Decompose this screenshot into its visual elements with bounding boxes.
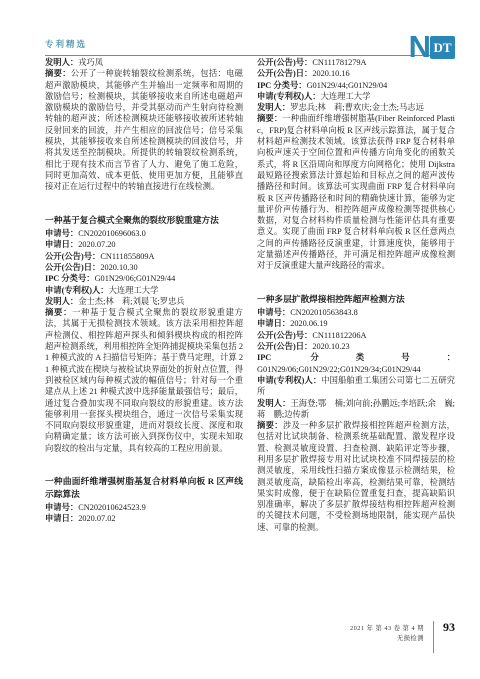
- pub-date-value: 2020.10.30: [100, 263, 137, 272]
- ndt-logo-dt-badge: DT: [430, 36, 455, 59]
- inventor-field: 发明人：罗忠兵;林 莉;曹欢庆;金士杰;马志远: [257, 102, 455, 113]
- abstract-paragraph: 摘要：一种基于复合模式全聚焦的裂纹形貌重建方法，其属于无损检测技术领域。该方法采…: [45, 307, 243, 454]
- abstract-label: 摘要：: [45, 308, 72, 317]
- abstract-text: 涉及一种多层扩散焊接相控阵超声检测方法，包括对比试块制备、检测系统基础配置、激发…: [257, 421, 455, 532]
- ipc-value: G01N29/44;G01N29/04: [307, 81, 388, 90]
- abstract-text: 一种基于复合模式全聚焦的裂纹形貌重建方法，其属于无损检测技术领域。该方法采用相控…: [45, 308, 243, 453]
- ipc-value: G01N29/06;G01N29/44: [95, 274, 176, 283]
- pub-date-value: 2020.10.16: [312, 69, 349, 78]
- right-column: 公开(公告)号：CN111781279A 公开(公告)日：2020.10.16 …: [257, 57, 455, 533]
- journal-page: 专利精选 N DT 发明人：戎巧凤 摘要：公开了一种旋转轴裂纹检测系统，包括：电…: [0, 0, 480, 679]
- ipc-value: G01N29/06;G01N29/22;G01N29/34;G01N29/44: [257, 365, 421, 374]
- issue-info: 2021 年 第 43 卷 第 4 期 无损检测: [350, 624, 424, 644]
- abstract-paragraph: 摘要：一种曲面纤维增强树脂基(Fiber Reinforced Plastic，…: [257, 113, 455, 271]
- app-no-value: CN202010563843.8: [290, 308, 358, 317]
- pub-date-field: 公开(公告)日：2020.10.23: [257, 341, 455, 352]
- applicant-value: 大连理工大学: [321, 92, 371, 101]
- footer-divider: [433, 621, 434, 653]
- ndt-logo: N DT: [409, 35, 455, 59]
- pub-date-value: 2020.10.23: [312, 342, 349, 351]
- app-no-field: 申请号：CN202010563843.8: [257, 307, 455, 318]
- pub-date-label: 公开(公告)日：: [45, 263, 100, 272]
- ipc-label: IPC 分类号：: [257, 81, 307, 90]
- applicant-label: 申请(专利权)人：: [45, 286, 109, 295]
- patent-title: 一种基于复合模式全聚焦的裂纹形貌重建方法: [45, 214, 243, 227]
- app-date-value: 2020.07.20: [78, 240, 115, 249]
- applicant-label: 申请(专利权)人：: [257, 92, 321, 101]
- inventor-label: 发明人：: [45, 58, 78, 67]
- left-column: 发明人：戎巧凤 摘要：公开了一种旋转轴裂纹检测系统，包括：电磁超声激励模块，其能…: [45, 57, 243, 533]
- ipc-field: IPC 分类号：G01N29/44;G01N29/04: [257, 80, 455, 91]
- app-no-label: 申请号：: [45, 229, 78, 238]
- pub-no-value: CN111781279A: [312, 58, 366, 67]
- app-no-value: CN202010624523.9: [78, 503, 146, 512]
- pub-date-label: 公开(公告)日：: [257, 342, 312, 351]
- app-date-field: 申请日：2020.07.20: [45, 239, 243, 250]
- inventor-label: 发明人：: [257, 399, 290, 408]
- abstract-label: 摘要：: [257, 421, 283, 430]
- pub-date-label: 公开(公告)日：: [257, 69, 312, 78]
- app-no-field: 申请号：CN202010624523.9: [45, 502, 243, 513]
- inventor-label: 发明人：: [257, 103, 290, 112]
- page-footer: 2021 年 第 43 卷 第 4 期 无损检测 93: [350, 621, 455, 653]
- journal-name: 无损检测: [350, 634, 424, 644]
- applicant-field: 申请(专利权)人：大连理工大学: [45, 285, 243, 296]
- inventor-value: 金士杰;林 莉;刘晨飞;罗忠兵: [78, 297, 184, 306]
- app-no-label: 申请号：: [257, 308, 290, 317]
- inventor-value: 罗忠兵;林 莉;曹欢庆;金士杰;马志远: [290, 103, 424, 112]
- pub-date-field: 公开(公告)日：2020.10.30: [45, 262, 243, 273]
- applicant-field: 申请(专利权)人：中国船舶重工集团公司第七二五研究所: [257, 375, 455, 398]
- inventor-field: 发明人：戎巧凤: [45, 57, 243, 68]
- app-date-value: 2020.07.02: [78, 514, 115, 523]
- abstract-paragraph: 摘要：涉及一种多层扩散焊接相控阵超声检测方法，包括对比试块制备、检测系统基础配置…: [257, 420, 455, 533]
- pub-no-label: 公开(公告)号：: [257, 331, 312, 340]
- inventor-field: 发明人：金士杰;林 莉;刘晨飞;罗忠兵: [45, 296, 243, 307]
- app-date-value: 2020.06.19: [290, 319, 327, 328]
- abstract-text: 公开了一种旋转轴裂纹检测系统，包括：电磁超声激励模块，其能够产生并输出一定频率和…: [45, 69, 243, 191]
- abstract-paragraph: 摘要：公开了一种旋转轴裂纹检测系统，包括：电磁超声激励模块，其能够产生并输出一定…: [45, 68, 243, 192]
- applicant-field: 申请(专利权)人：大连理工大学: [257, 91, 455, 102]
- app-date-field: 申请日：2020.07.02: [45, 513, 243, 524]
- pub-no-label: 公开(公告)号：: [45, 252, 100, 261]
- patent-title: 一种曲面纤维增强树脂基复合材料单向板 R 区声线示踪算法: [45, 475, 243, 500]
- section-label: 专利精选: [45, 38, 87, 50]
- app-date-label: 申请日：: [257, 319, 290, 328]
- abstract-text: 一种曲面纤维增强树脂基(Fiber Reinforced Plastic，FRP…: [257, 114, 455, 270]
- pub-date-field: 公开(公告)日：2020.10.16: [257, 68, 455, 79]
- header-rule: [45, 55, 455, 56]
- app-no-value: CN202010696063.0: [78, 229, 146, 238]
- app-no-field: 申请号：CN202010696063.0: [45, 228, 243, 239]
- pub-no-field: 公开(公告)号：CN111781279A: [257, 57, 455, 68]
- page-header: 专利精选 N DT: [45, 30, 455, 56]
- pub-no-label: 公开(公告)号：: [257, 58, 312, 67]
- pub-no-field: 公开(公告)号：CN111812206A: [257, 330, 455, 341]
- applicant-value: 大连理工大学: [109, 286, 159, 295]
- app-date-field: 申请日：2020.06.19: [257, 318, 455, 329]
- abstract-label: 摘要：: [257, 114, 282, 123]
- ipc-field: IPC 分类号：G01N29/06;G01N29/44: [45, 273, 243, 284]
- pub-no-value: CN111855809A: [100, 252, 154, 261]
- inventor-value: 戎巧凤: [78, 58, 103, 67]
- app-date-label: 申请日：: [45, 514, 78, 523]
- inventor-field: 发明人：王海登;鄂 楠;刘向前;孙鹏远;李培跃;余 巍;蒋 鹏;边传新: [257, 398, 455, 421]
- applicant-label: 申请(专利权)人：: [257, 376, 321, 385]
- ipc-field: IPC 分类号：G01N29/06;G01N29/22;G01N29/34;G0…: [257, 352, 455, 375]
- content-columns: 发明人：戎巧凤 摘要：公开了一种旋转轴裂纹检测系统，包括：电磁超声激励模块，其能…: [45, 57, 455, 533]
- app-no-label: 申请号：: [45, 503, 78, 512]
- pub-no-value: CN111812206A: [312, 331, 366, 340]
- ipc-label: IPC 分类号：: [45, 274, 95, 283]
- patent-title: 一种多层扩散焊接相控阵超声检测方法: [257, 293, 455, 306]
- pub-no-field: 公开(公告)号：CN111855809A: [45, 251, 243, 262]
- page-number: 93: [443, 621, 455, 633]
- issue-line: 2021 年 第 43 卷 第 4 期: [350, 624, 424, 634]
- ipc-label: IPC 分类号：: [257, 353, 455, 362]
- ndt-logo-n-letter: N: [409, 35, 430, 59]
- inventor-label: 发明人：: [45, 297, 78, 306]
- app-date-label: 申请日：: [45, 240, 78, 249]
- abstract-label: 摘要：: [45, 69, 71, 78]
